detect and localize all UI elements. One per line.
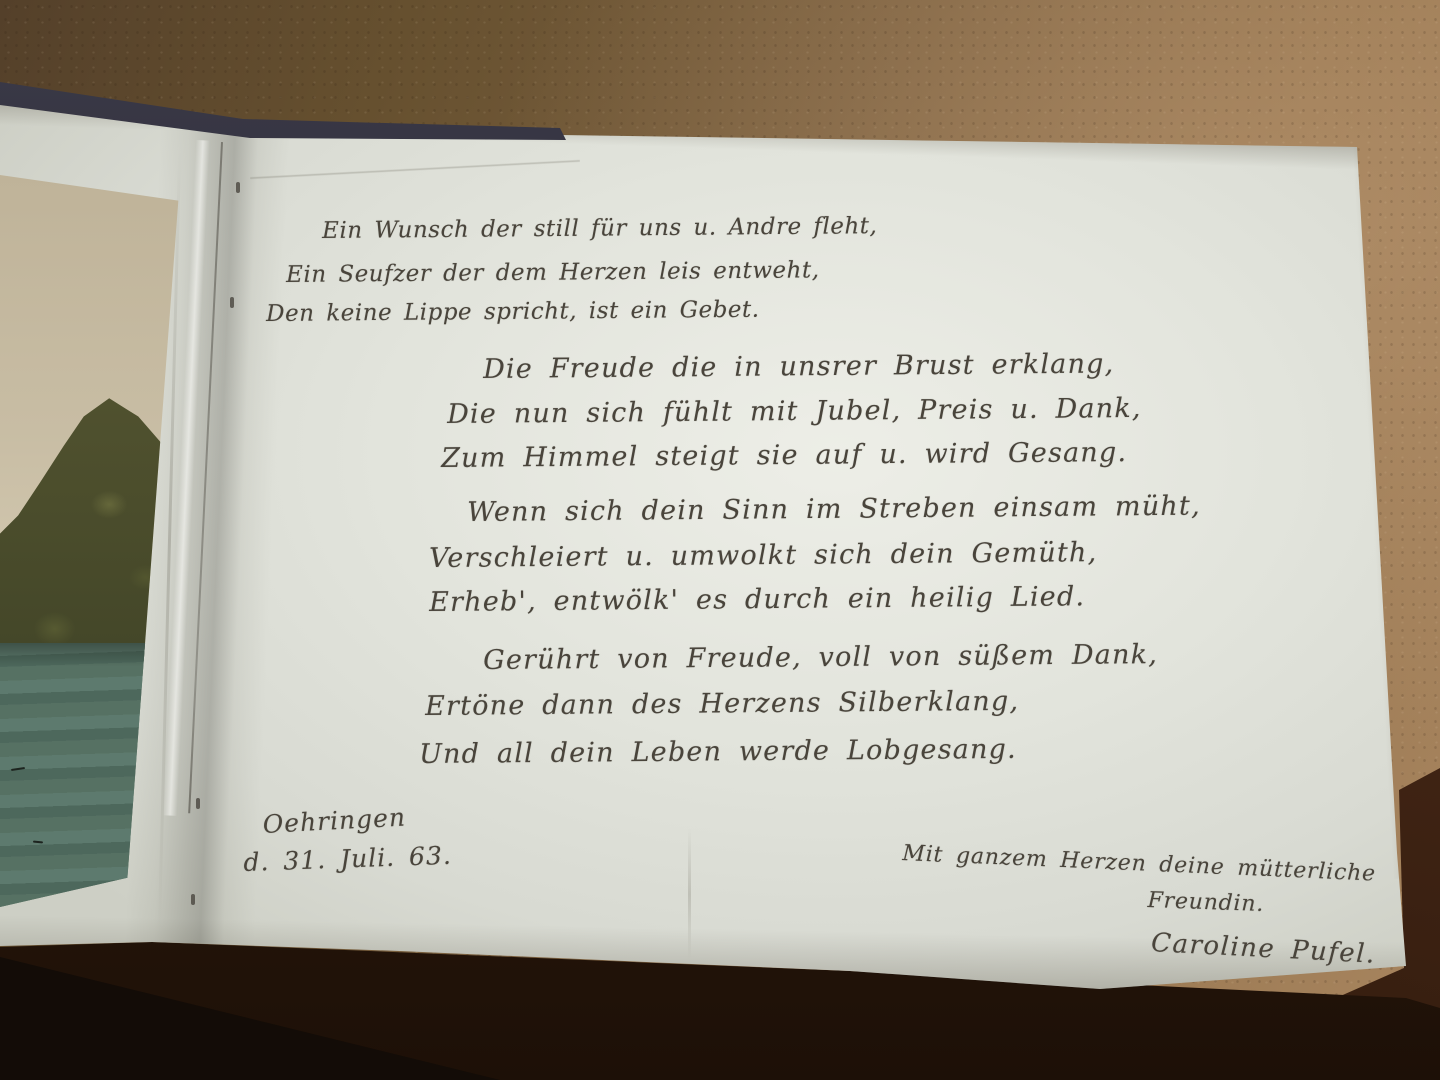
poem-line: Die Freude die in unsrer Brust erklang, [483, 348, 1115, 385]
closing-word: Freundin. [1147, 888, 1264, 917]
paper-crease [250, 159, 580, 179]
binding-stitch [236, 182, 240, 193]
poem-line: Erheb', entwölk' es durch ein heilig Lie… [429, 581, 1085, 618]
binding-stitch [196, 798, 200, 809]
poem-line: Den keine Lippe spricht, ist ein Gebet. [266, 297, 760, 327]
poem-line: Die nun sich fühlt mit Jubel, Preis u. D… [447, 393, 1142, 430]
poem-line: Ein Wunsch der still für uns u. Andre fl… [322, 213, 877, 244]
photo-open-poetry-album: Ein Wunsch der still für uns u. Andre fl… [0, 0, 1440, 1080]
poem-line: Ein Seufzer der dem Herzen leis entweht, [286, 257, 820, 288]
poem-line: Ertöne dann des Herzens Silberklang, [425, 686, 1019, 722]
poem-line: Zum Himmel steigt sie auf u. wird Gesang… [441, 437, 1127, 474]
binding-stitch [230, 297, 234, 308]
poem-line: Wenn sich dein Sinn im Streben einsam mü… [467, 491, 1201, 528]
poem-line: Und all dein Leben werde Lobgesang. [419, 734, 1017, 770]
poem-line: Verschleiert u. umwolkt sich dein Gemüth… [429, 537, 1097, 574]
right-page-wrinkle [688, 828, 691, 960]
binding-stitch [191, 894, 195, 905]
poem-line: Gerührt von Freude, voll von süßem Dank, [483, 639, 1158, 676]
